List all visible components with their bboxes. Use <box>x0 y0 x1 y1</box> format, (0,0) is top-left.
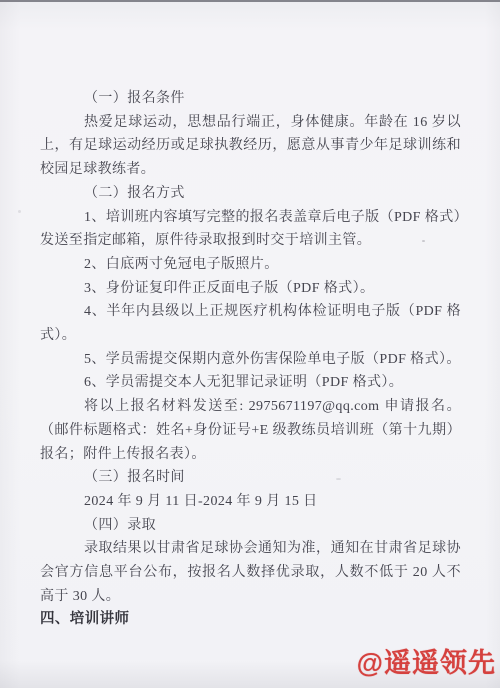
document-paragraph: 6、学员需提交本人无犯罪记录证明（PDF 格式）。 <box>40 371 461 395</box>
document-paragraph: （三）报名时间 <box>40 466 461 490</box>
document-paragraph: 录取结果以甘肃省足球协会通知为准，通知在甘肃省足球协会官方信息平台公布，按报名人… <box>40 537 461 608</box>
document-paragraph: 2、白底两寸免冠电子版照片。 <box>40 253 461 277</box>
section-heading: 四、培训讲师 <box>40 608 461 632</box>
document-paragraph: （四）录取 <box>40 514 461 538</box>
document-paragraph: 热爱足球运动，思想品行端正，身体健康。年龄在 16 岁以上，有足球运动经历或足球… <box>40 111 461 182</box>
document-paragraph: 3、身份证复印件正反面电子版（PDF 格式）。 <box>40 277 461 301</box>
scan-speck <box>422 240 425 242</box>
document-paragraph: （一）报名条件 <box>40 87 461 111</box>
document-paragraph: （二）报名方式 <box>40 182 461 206</box>
scan-speck <box>336 478 341 480</box>
document-paragraph: 1、培训班内容填写完整的报名表盖章后电子版（PDF 格式）发送至指定邮箱，原件待… <box>40 206 461 253</box>
document-paragraph: 将以上报名材料发送至: 2975671197@qq.com 申请报名。（邮件标题… <box>40 395 461 466</box>
document-paragraph: 4、半年内县级以上正规医疗机构体检证明电子版（PDF 格式）。 <box>40 300 461 347</box>
scanned-document-page: （一）报名条件热爱足球运动，思想品行端正，身体健康。年龄在 16 岁以上，有足球… <box>0 0 500 688</box>
scan-speck <box>18 210 21 213</box>
document-paragraph: 5、学员需提交保期内意外伤害保险单电子版（PDF 格式）。 <box>40 348 461 372</box>
document-body: （一）报名条件热爱足球运动，思想品行端正，身体健康。年龄在 16 岁以上，有足球… <box>40 87 461 632</box>
watermark-text: @遥遥领先 <box>357 641 496 680</box>
document-paragraph: 2024 年 9 月 11 日-2024 年 9 月 15 日 <box>40 490 461 514</box>
